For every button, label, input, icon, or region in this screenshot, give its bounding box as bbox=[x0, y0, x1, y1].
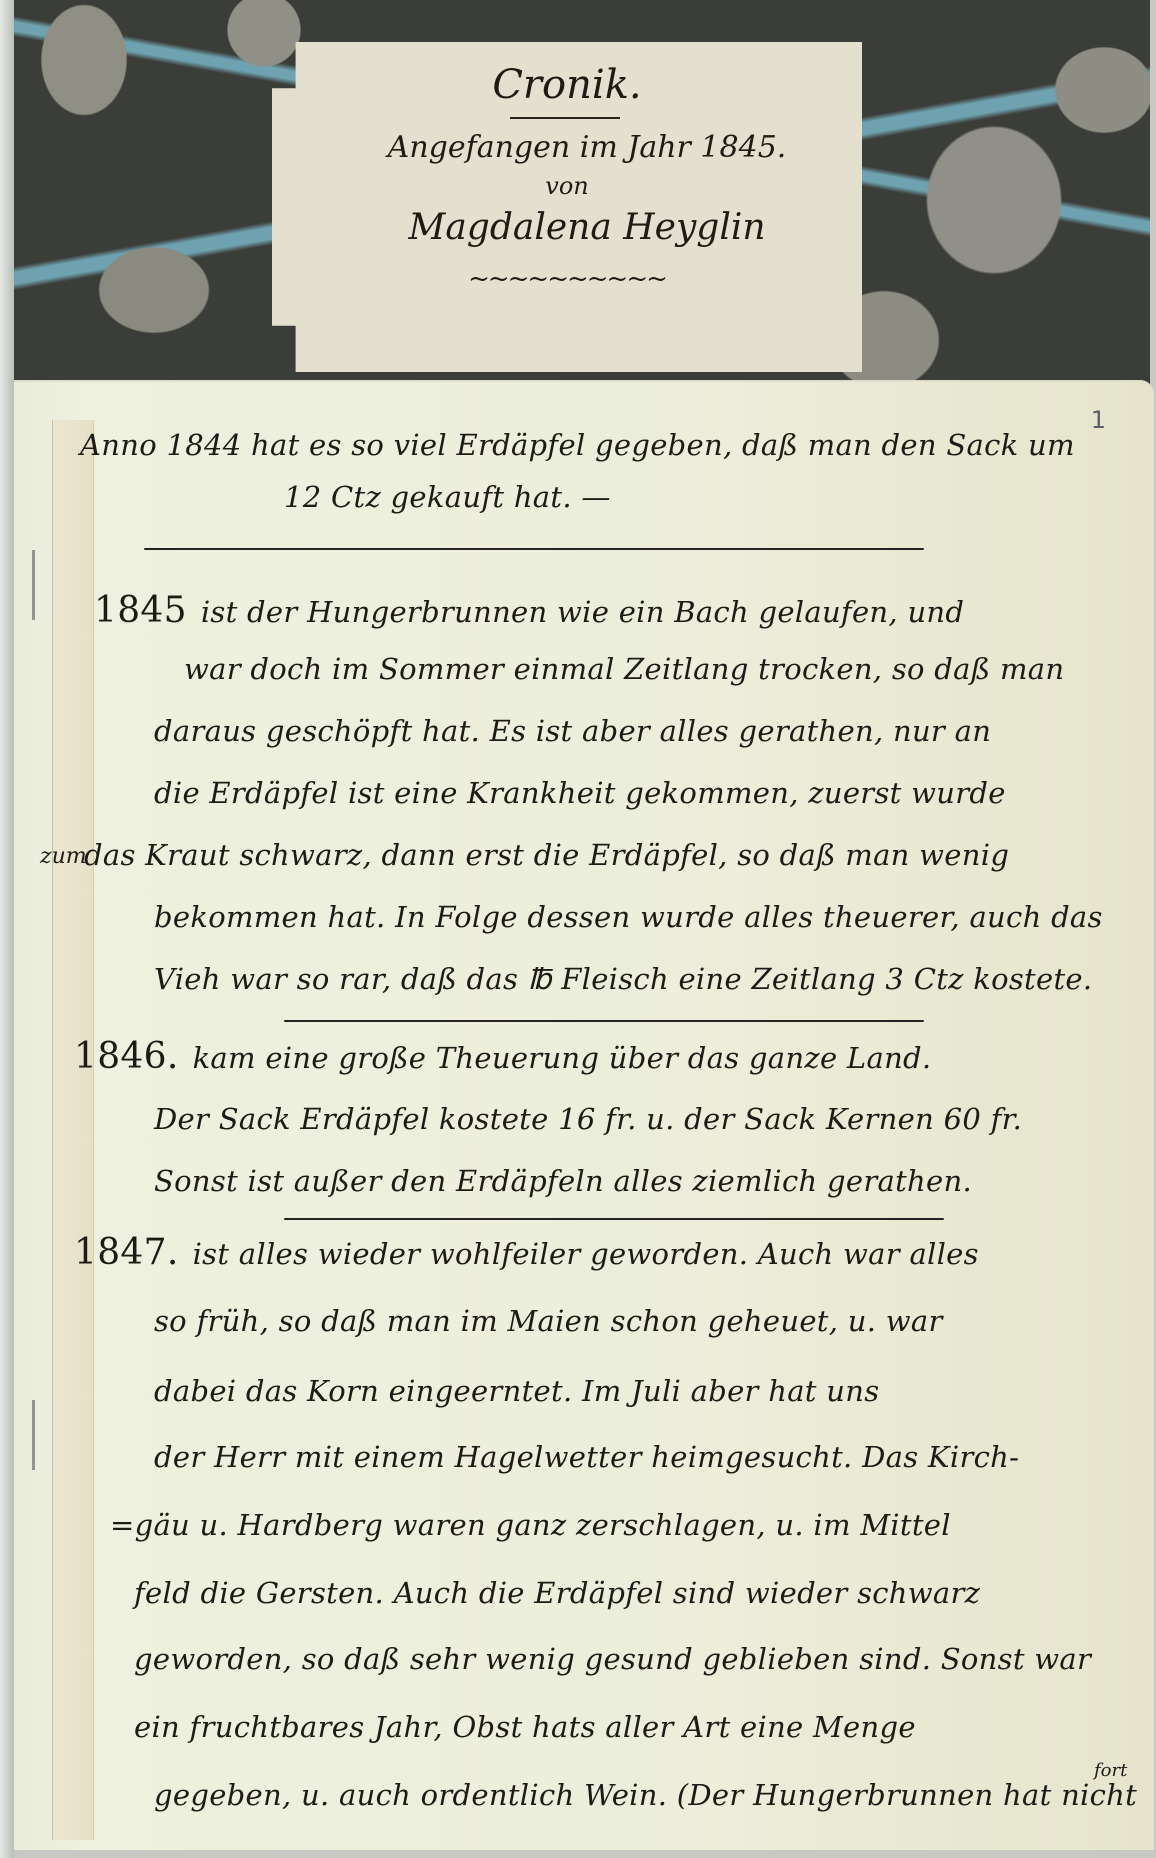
entry-1845-line-6: bekommen hat. In Folge dessen wurde alle… bbox=[154, 900, 1103, 934]
manuscript-page: 1 Anno 1844 hat es so viel Erdäpfel gege… bbox=[14, 380, 1154, 1850]
page-fold bbox=[52, 420, 94, 1840]
preamble-line-1: Anno 1844 hat es so viel Erdäpfel gegebe… bbox=[80, 428, 1075, 462]
by-line: von bbox=[272, 172, 862, 200]
entry-1847-line-8: ein fruchtbares Jahr, Obst hats aller Ar… bbox=[134, 1710, 916, 1744]
entry-year: 1845 bbox=[94, 590, 187, 631]
entry-1845-line-5: das Kraut schwarz, dann erst die Erdäpfe… bbox=[84, 838, 1009, 872]
entry-1845-line-4: die Erdäpfel ist eine Krankheit gekommen… bbox=[154, 776, 1006, 810]
marbled-cover: Cronik. Angefangen im Jahr 1845. von Mag… bbox=[14, 0, 1150, 392]
divider-rule bbox=[144, 548, 924, 550]
entry-1847-line-1: 1847.ist alles wieder wohlfeiler geworde… bbox=[74, 1232, 979, 1273]
divider-rule bbox=[284, 1218, 944, 1220]
catchword-note: fort bbox=[1094, 1760, 1127, 1781]
cover-label: Cronik. Angefangen im Jahr 1845. von Mag… bbox=[272, 42, 862, 372]
entry-1846-line-3: Sonst ist außer den Erdäpfeln alles ziem… bbox=[154, 1164, 972, 1198]
decorative-flourish: ~~~~~~~~~~ bbox=[272, 264, 862, 294]
entry-1846-line-1: 1846.kam eine große Theuerung über das g… bbox=[74, 1036, 931, 1077]
entry-1847-line-9: gegeben, u. auch ordentlich Wein. (Der H… bbox=[154, 1778, 1137, 1812]
margin-note: zum bbox=[40, 844, 87, 869]
entry-year: 1847. bbox=[74, 1232, 179, 1273]
staple-bottom bbox=[32, 1400, 35, 1470]
entry-1847-line-7: geworden, so daß sehr wenig gesund gebli… bbox=[134, 1642, 1091, 1676]
divider-rule bbox=[284, 1020, 924, 1022]
author-name: Magdalena Heyglin bbox=[312, 207, 862, 248]
entry-1845-line-1: 1845ist der Hungerbrunnen wie ein Bach g… bbox=[94, 590, 964, 631]
title-underline bbox=[510, 117, 620, 119]
entry-1847-line-3: dabei das Korn eingeerntet. Im Juli aber… bbox=[154, 1374, 879, 1408]
entry-1846-line-2: Der Sack Erdäpfel kostete 16 fr. u. der … bbox=[154, 1102, 1022, 1136]
chronicle-title: Cronik. bbox=[272, 62, 862, 108]
entry-1845-line-2: war doch im Sommer einmal Zeitlang trock… bbox=[184, 652, 1064, 686]
begun-year-line: Angefangen im Jahr 1845. bbox=[312, 130, 862, 165]
entry-1847-line-6: feld die Gersten. Auch die Erdäpfel sind… bbox=[134, 1576, 980, 1610]
scan-left-edge bbox=[0, 0, 14, 1858]
entry-1847-line-4: der Herr mit einem Hagelwetter heimgesuc… bbox=[154, 1440, 1019, 1474]
entry-year: 1846. bbox=[74, 1036, 179, 1077]
page-number: 1 bbox=[1091, 406, 1106, 434]
entry-1845-line-3: daraus geschöpft hat. Es ist aber alles … bbox=[154, 714, 991, 748]
staple-top bbox=[32, 550, 35, 620]
entry-1845-line-7: Vieh war so rar, daß das ℔ Fleisch eine … bbox=[154, 962, 1092, 996]
entry-1847-line-2: so früh, so daß man im Maien schon geheu… bbox=[154, 1304, 943, 1338]
preamble-line-2: 12 Ctz gekauft hat. — bbox=[284, 480, 611, 514]
entry-1847-line-5: =gäu u. Hardberg waren ganz zerschlagen,… bbox=[110, 1508, 951, 1542]
